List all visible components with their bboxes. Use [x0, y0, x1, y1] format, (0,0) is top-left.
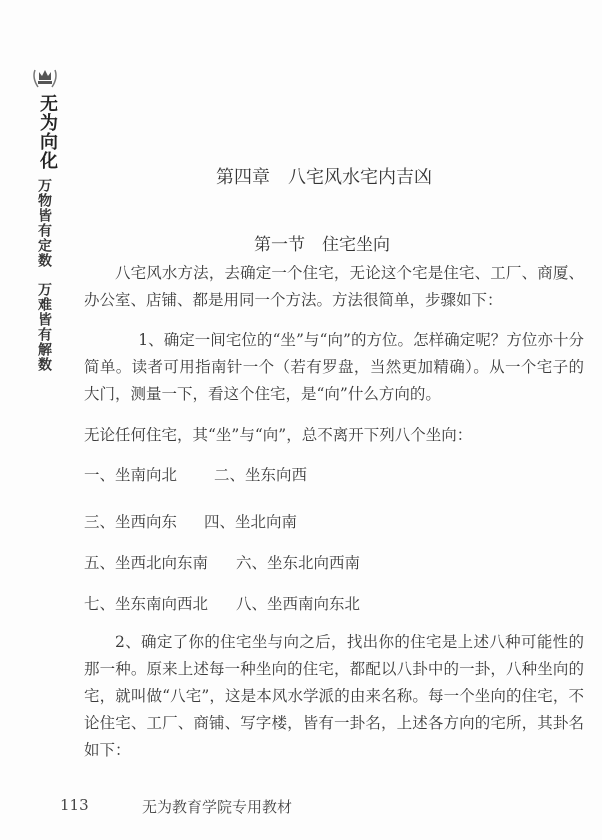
direction-item: 五、坐西北向东南	[84, 551, 236, 573]
chapter-title: 第四章 八宅风水宅内吉凶	[216, 163, 432, 189]
direction-item: 七、坐东南向西北	[84, 592, 236, 614]
page-number: 113	[60, 796, 142, 817]
motto-2: 万难皆有解数	[34, 282, 54, 372]
motto-1: 万物皆有定数	[34, 178, 54, 268]
direction-item: 六、坐东北向西南	[236, 551, 360, 573]
direction-row: 五、坐西北向东南 六、坐东北向西南	[84, 551, 360, 573]
page-footer: 113 无为教育学院专用教材	[60, 796, 292, 817]
direction-item: 八、坐西南向东北	[236, 592, 360, 614]
paragraph-eight-directions: 无论任何住宅，其“坐”与“向”，总不离开下列八个坐向：	[84, 422, 584, 449]
sidebar: 无为向化 万物皆有定数 万难皆有解数	[0, 0, 80, 840]
direction-row: 七、坐东南向西北 八、坐西南向东北	[84, 592, 360, 614]
direction-row: 三、坐西向东 四、坐北向南	[84, 510, 297, 532]
direction-item: 二、坐东向西	[214, 463, 307, 485]
direction-row: 一、坐南向北 二、坐东向西	[84, 463, 307, 485]
direction-item: 三、坐西向东	[84, 510, 204, 532]
paragraph-intro: 八宅风水方法，去确定一个住宅，无论这个宅是住宅、工厂、商厦、办公室、店铺、都是用…	[84, 260, 584, 314]
paragraph-step-1: 1、确定一间宅位的“坐”与“向”的方位。怎样确定呢？方位亦十分简单。读者可用指南…	[84, 327, 584, 408]
brand-name: 无为向化	[34, 94, 60, 170]
direction-item: 一、坐南向北	[84, 463, 214, 485]
publisher-label: 无为教育学院专用教材	[142, 796, 292, 817]
direction-item: 四、坐北向南	[204, 510, 297, 532]
section-title: 第一节 住宅坐向	[254, 230, 390, 255]
paragraph-step-2: 2、确定了你的住宅坐与向之后，找出你的住宅是上述八种可能性的那一种。原来上述每一…	[84, 629, 584, 764]
crown-laurel-logo-icon	[30, 62, 60, 92]
